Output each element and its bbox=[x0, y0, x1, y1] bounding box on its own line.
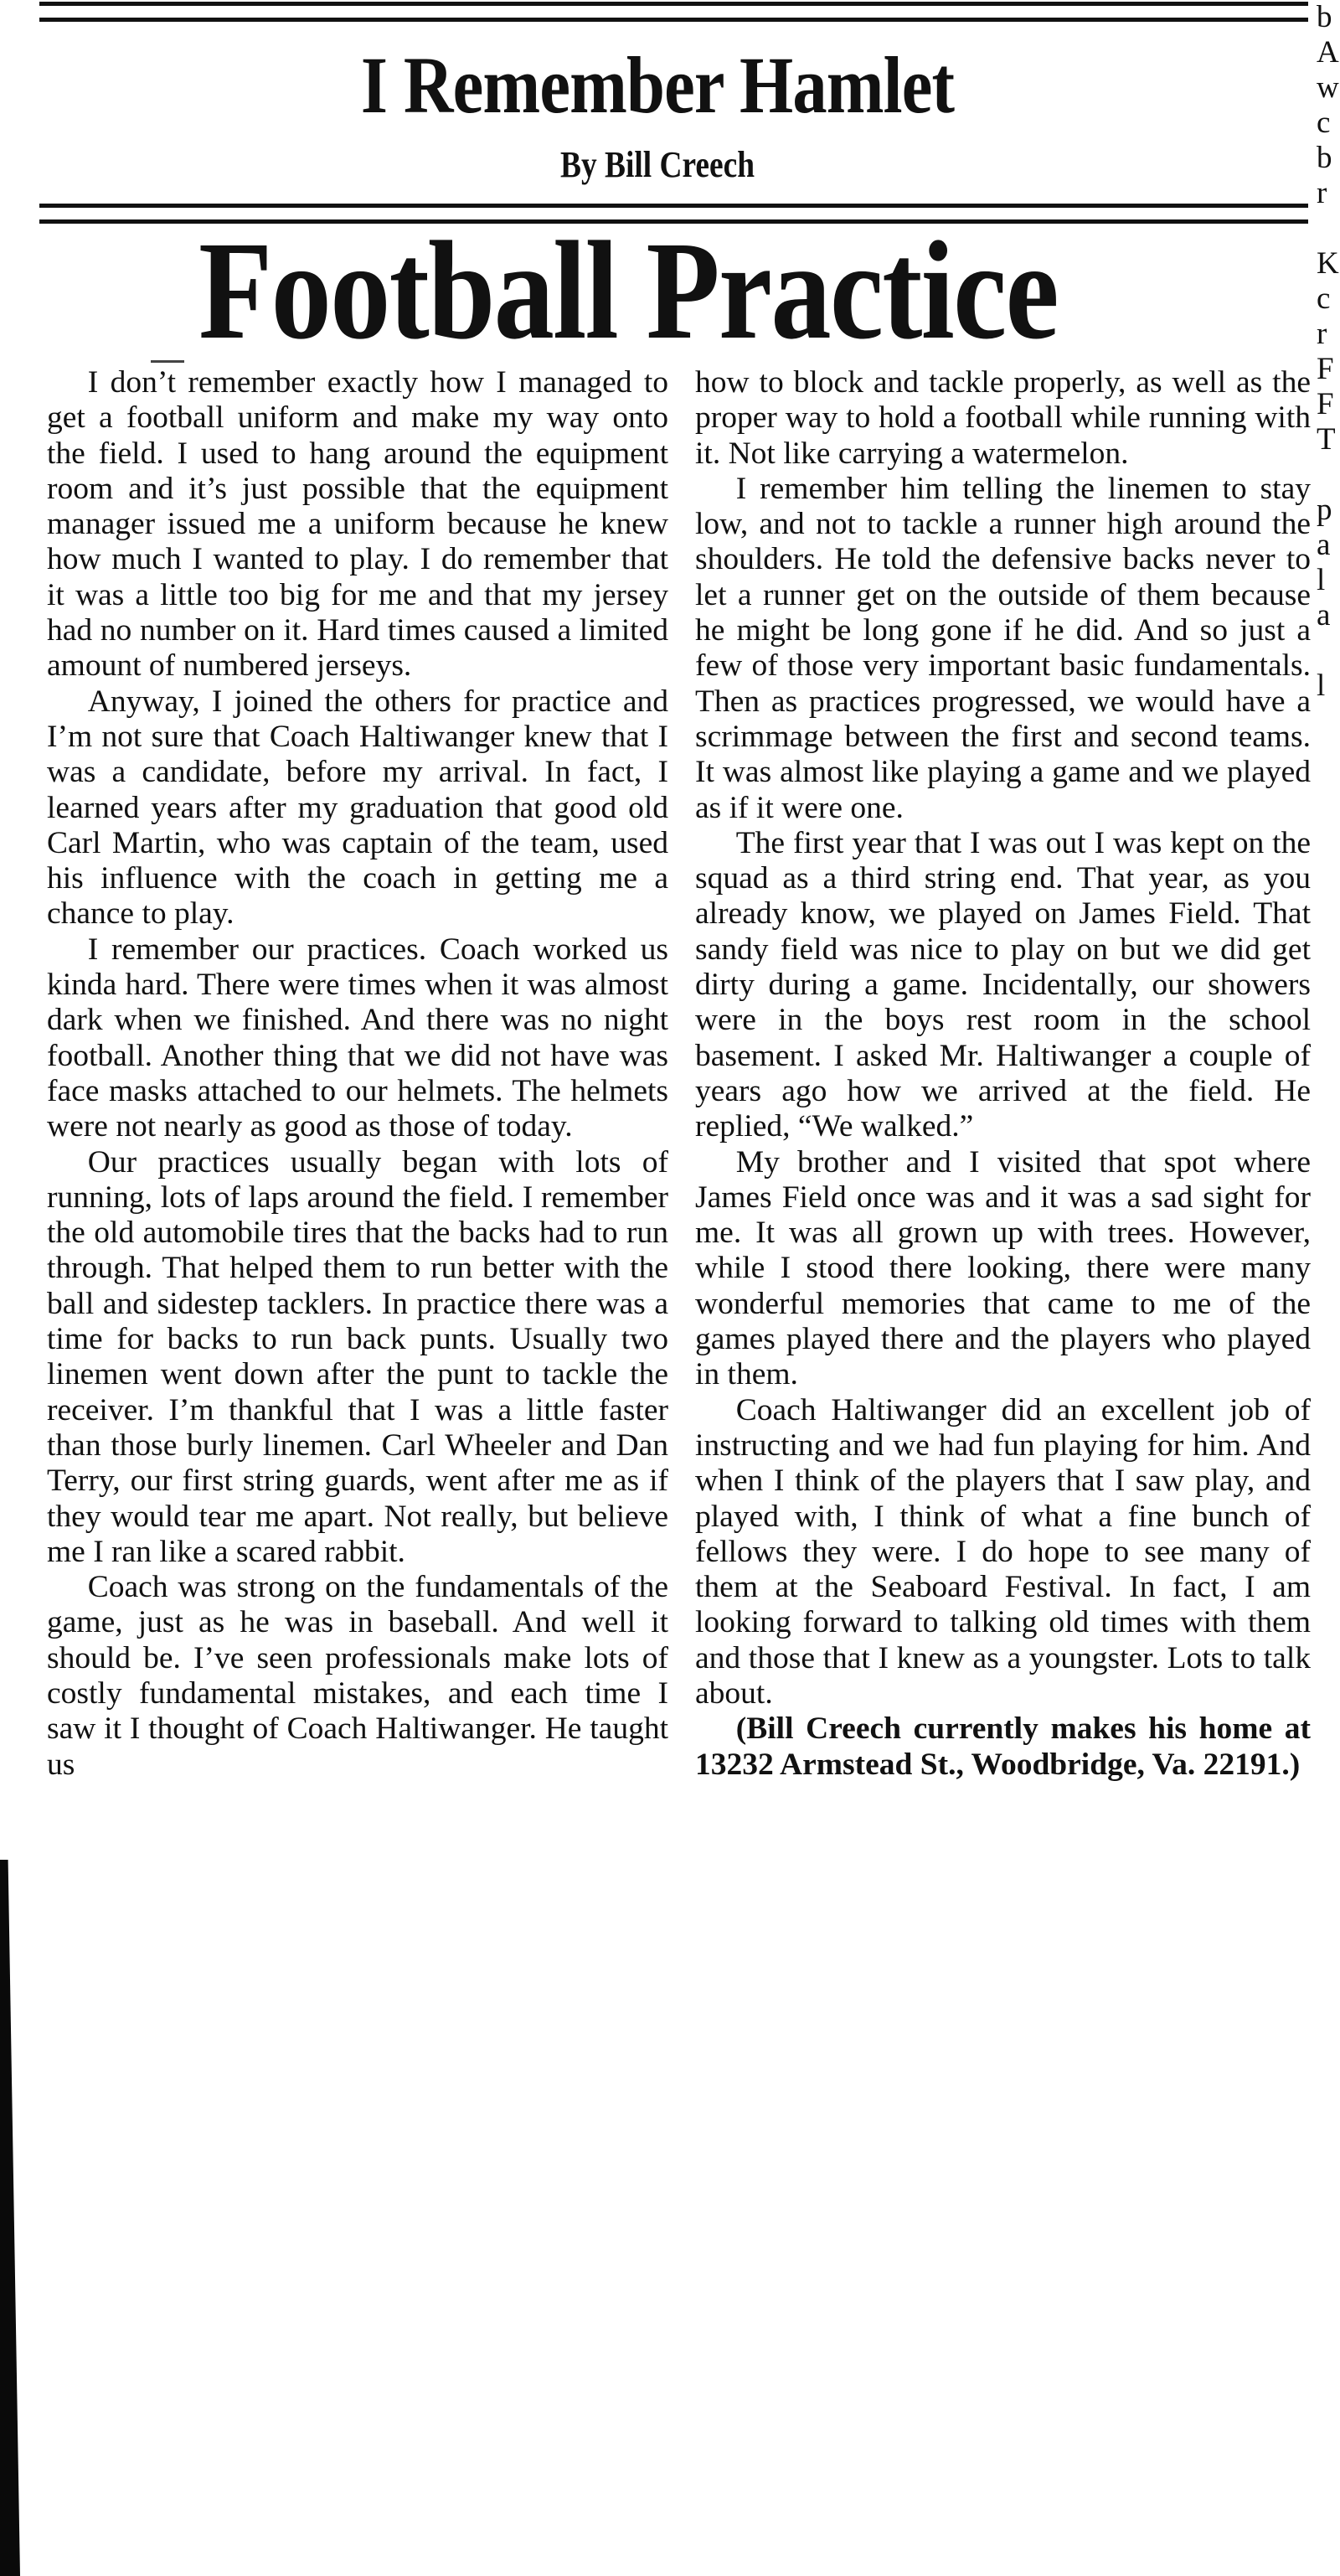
fragment-letter: w bbox=[1317, 70, 1340, 106]
fragment-letter: F bbox=[1317, 352, 1340, 387]
fragment-letter bbox=[1317, 211, 1340, 246]
fragment-letter: l bbox=[1317, 563, 1340, 598]
paragraph: Coach was strong on the fundamentals of … bbox=[47, 1570, 668, 1783]
byline: By Bill Creech bbox=[99, 144, 1217, 186]
fragment-letter: c bbox=[1317, 281, 1340, 317]
fragment-letter: T bbox=[1317, 422, 1340, 457]
paragraph-continuation: how to block and tackle properly, as wel… bbox=[695, 365, 1311, 472]
fragment-letter bbox=[1317, 633, 1340, 669]
fragment-letter: a bbox=[1317, 528, 1340, 563]
column-title: I Remember Hamlet bbox=[92, 44, 1223, 127]
fragment-letter: K bbox=[1317, 246, 1340, 281]
scan-speck bbox=[151, 360, 184, 363]
paragraph: I remember him telling the linemen to st… bbox=[695, 472, 1311, 826]
top-rule-1 bbox=[39, 2, 1308, 6]
adjacent-column-fragment: b A w c b r K c r F F T p a l a l bbox=[1317, 0, 1340, 2576]
paragraph: Anyway, I joined the others for practice… bbox=[47, 684, 668, 932]
article-headline: Football Practice bbox=[116, 219, 1139, 362]
author-note: (Bill Creech currently makes his home at… bbox=[695, 1711, 1311, 1783]
fragment-letter: A bbox=[1317, 35, 1340, 70]
paragraph: I remember our practices. Coach worked u… bbox=[47, 932, 668, 1145]
fragment-letter: F bbox=[1317, 387, 1340, 422]
paragraph: I don’t remember exactly how I managed t… bbox=[47, 365, 668, 684]
article-column-2: how to block and tackle properly, as wel… bbox=[695, 365, 1311, 1783]
fragment-letter: r bbox=[1317, 176, 1340, 211]
paragraph: The first year that I was out I was kept… bbox=[695, 826, 1311, 1145]
fragment-letter: a bbox=[1317, 598, 1340, 633]
fragment-letter: c bbox=[1317, 106, 1340, 141]
fragment-letter: r bbox=[1317, 317, 1340, 352]
fragment-letter bbox=[1317, 457, 1340, 493]
scan-edge-shadow bbox=[0, 1860, 20, 2576]
fragment-letter: l bbox=[1317, 669, 1340, 704]
article-column-1: I don’t remember exactly how I managed t… bbox=[47, 365, 668, 1783]
fragment-letter: b bbox=[1317, 141, 1340, 176]
top-rule-2 bbox=[39, 18, 1308, 22]
header-rule-1 bbox=[39, 204, 1308, 208]
paragraph: Coach Haltiwanger did an excellent job o… bbox=[695, 1393, 1311, 1712]
paragraph: Our practices usually began with lots of… bbox=[47, 1145, 668, 1571]
fragment-letter: b bbox=[1317, 0, 1340, 35]
paragraph: My brother and I visited that spot where… bbox=[695, 1145, 1311, 1393]
fragment-letter: p bbox=[1317, 493, 1340, 528]
